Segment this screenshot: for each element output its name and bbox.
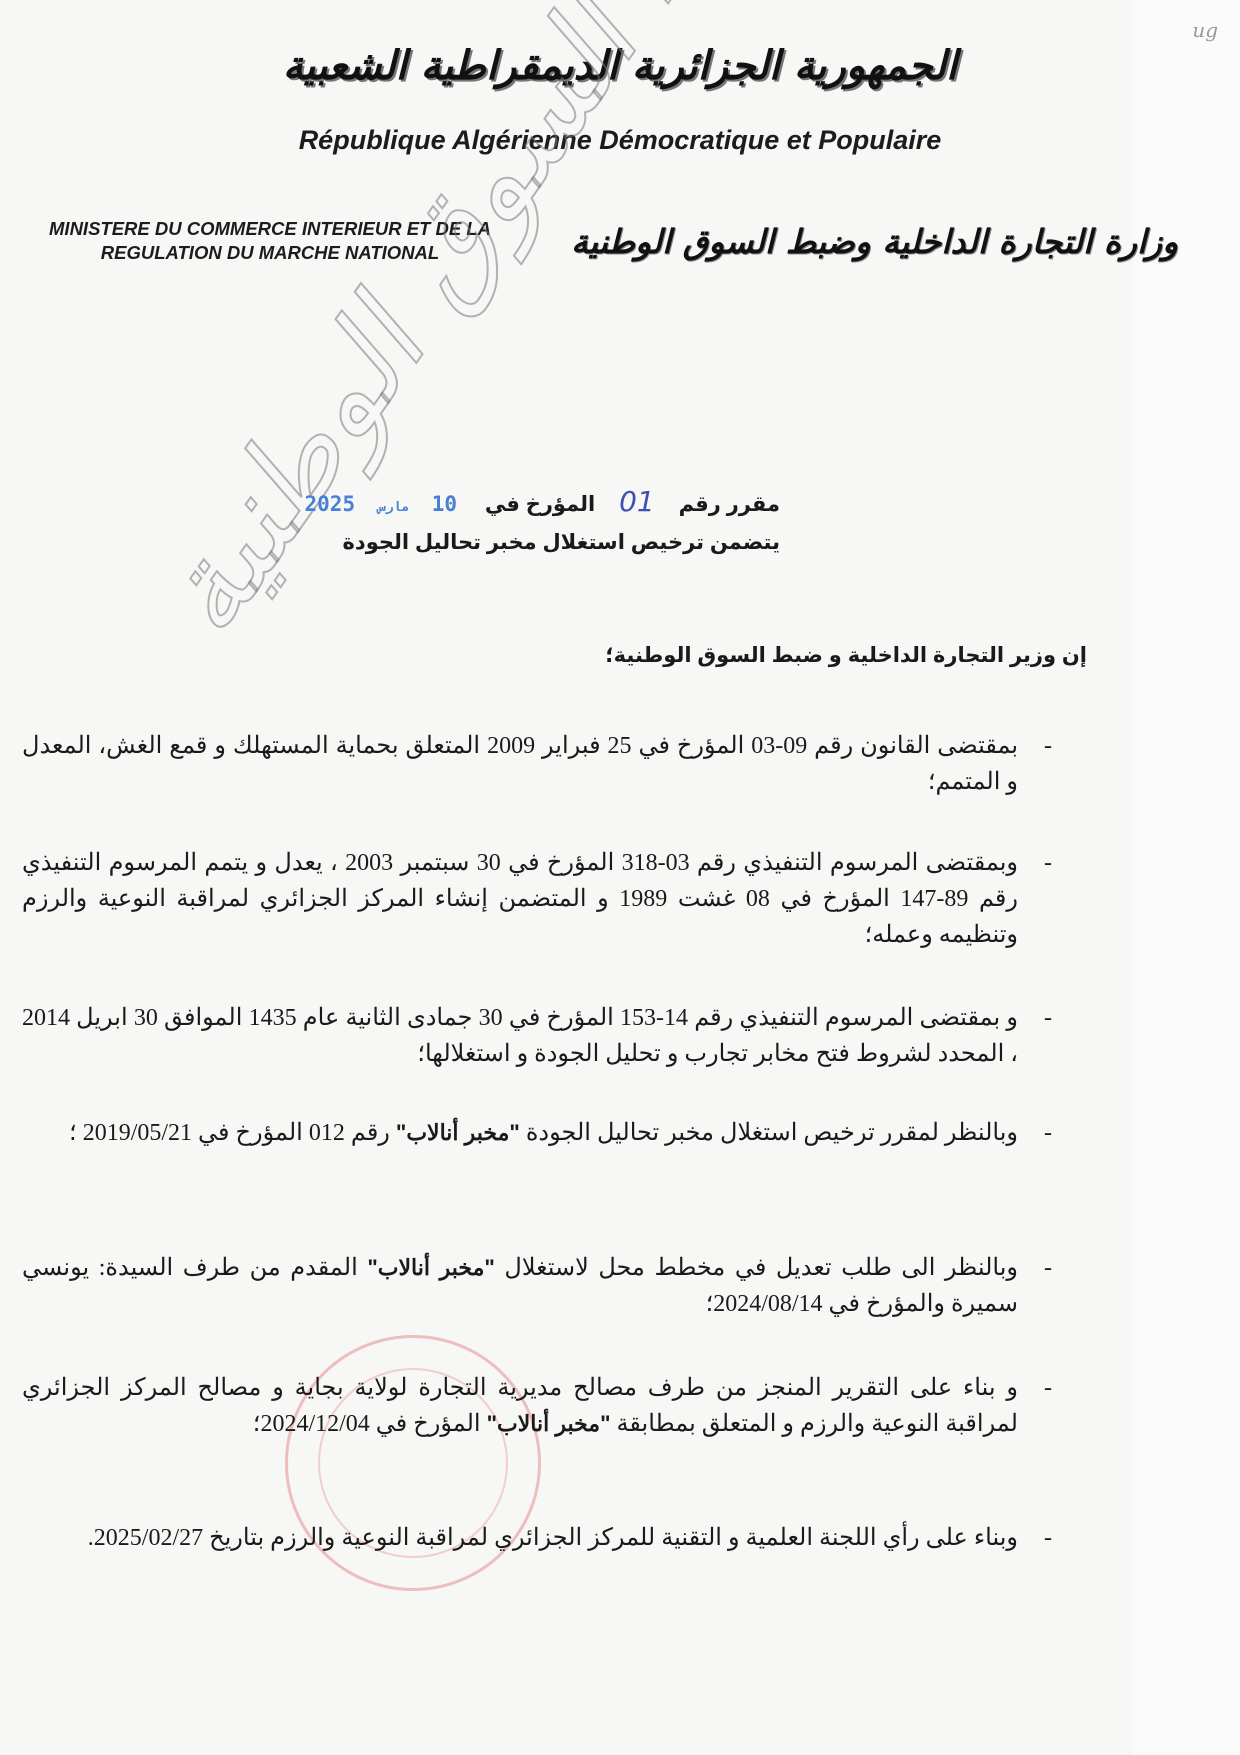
date-day: 10	[432, 492, 457, 516]
clause-item: - بمقتضى القانون رقم 09-03 المؤرخ في 25 …	[22, 728, 1052, 800]
date-stamp: 10 مارس 2025	[305, 492, 458, 516]
lab-name: "مخبر أنالاب"	[487, 1411, 611, 1436]
ministry-name-arabic: وزارة التجارة الداخلية وضبط السوق الوطني…	[571, 222, 1178, 261]
clause-item: - وبالنظر الى طلب تعديل في مخطط محل لاست…	[22, 1250, 1052, 1322]
decision-number: 01	[619, 485, 655, 518]
decision-subject: يتضمن ترخيص استغلال مخبر تحاليل الجودة	[343, 530, 780, 555]
lab-name: "مخبر أنالاب"	[396, 1120, 520, 1145]
date-year: 2025	[305, 492, 356, 516]
ministry-fr-line1: MINISTERE DU COMMERCE INTERIEUR ET DE LA	[0, 217, 540, 241]
lab-name: "مخبر أنالاب"	[367, 1255, 495, 1280]
page-margin	[1132, 0, 1240, 1755]
decision-dated-label: المؤرخ في	[485, 493, 595, 516]
decision-heading: مقرر رقم 01 المؤرخ في 10 مارس 2025	[305, 485, 780, 518]
country-name-french: République Algérienne Démocratique et Po…	[0, 125, 1240, 156]
clause-item: - و بمقتضى المرسوم التنفيذي رقم 14-153 ا…	[22, 1000, 1052, 1072]
ministry-name-french: MINISTERE DU COMMERCE INTERIEUR ET DE LA…	[0, 217, 540, 265]
diagonal-watermark: وزارة التجارة الداخلية وضبط السوق الوطني…	[130, 0, 1240, 660]
preamble: إن وزير التجارة الداخلية و ضبط السوق الو…	[605, 643, 1087, 668]
ministry-fr-line2: REGULATION DU MARCHE NATIONAL	[0, 241, 540, 265]
country-name-arabic: الجمهورية الجزائرية الديمقراطية الشعبية	[0, 42, 1240, 89]
clause-item: - وبمقتضى المرسوم التنفيذي رقم 03-318 ال…	[22, 845, 1052, 953]
decision-number-label: مقرر رقم	[679, 493, 780, 516]
clause-item: - وبناء على رأي اللجنة العلمية و التقنية…	[22, 1520, 1052, 1556]
clause-item: - و بناء على التقرير المنجز من طرف مصالح…	[22, 1370, 1052, 1442]
corner-initials: ug	[1192, 18, 1218, 42]
date-month: مارس	[378, 500, 409, 515]
clause-item: - وبالنظر لمقرر ترخيص استغلال مخبر تحالي…	[22, 1115, 1052, 1151]
